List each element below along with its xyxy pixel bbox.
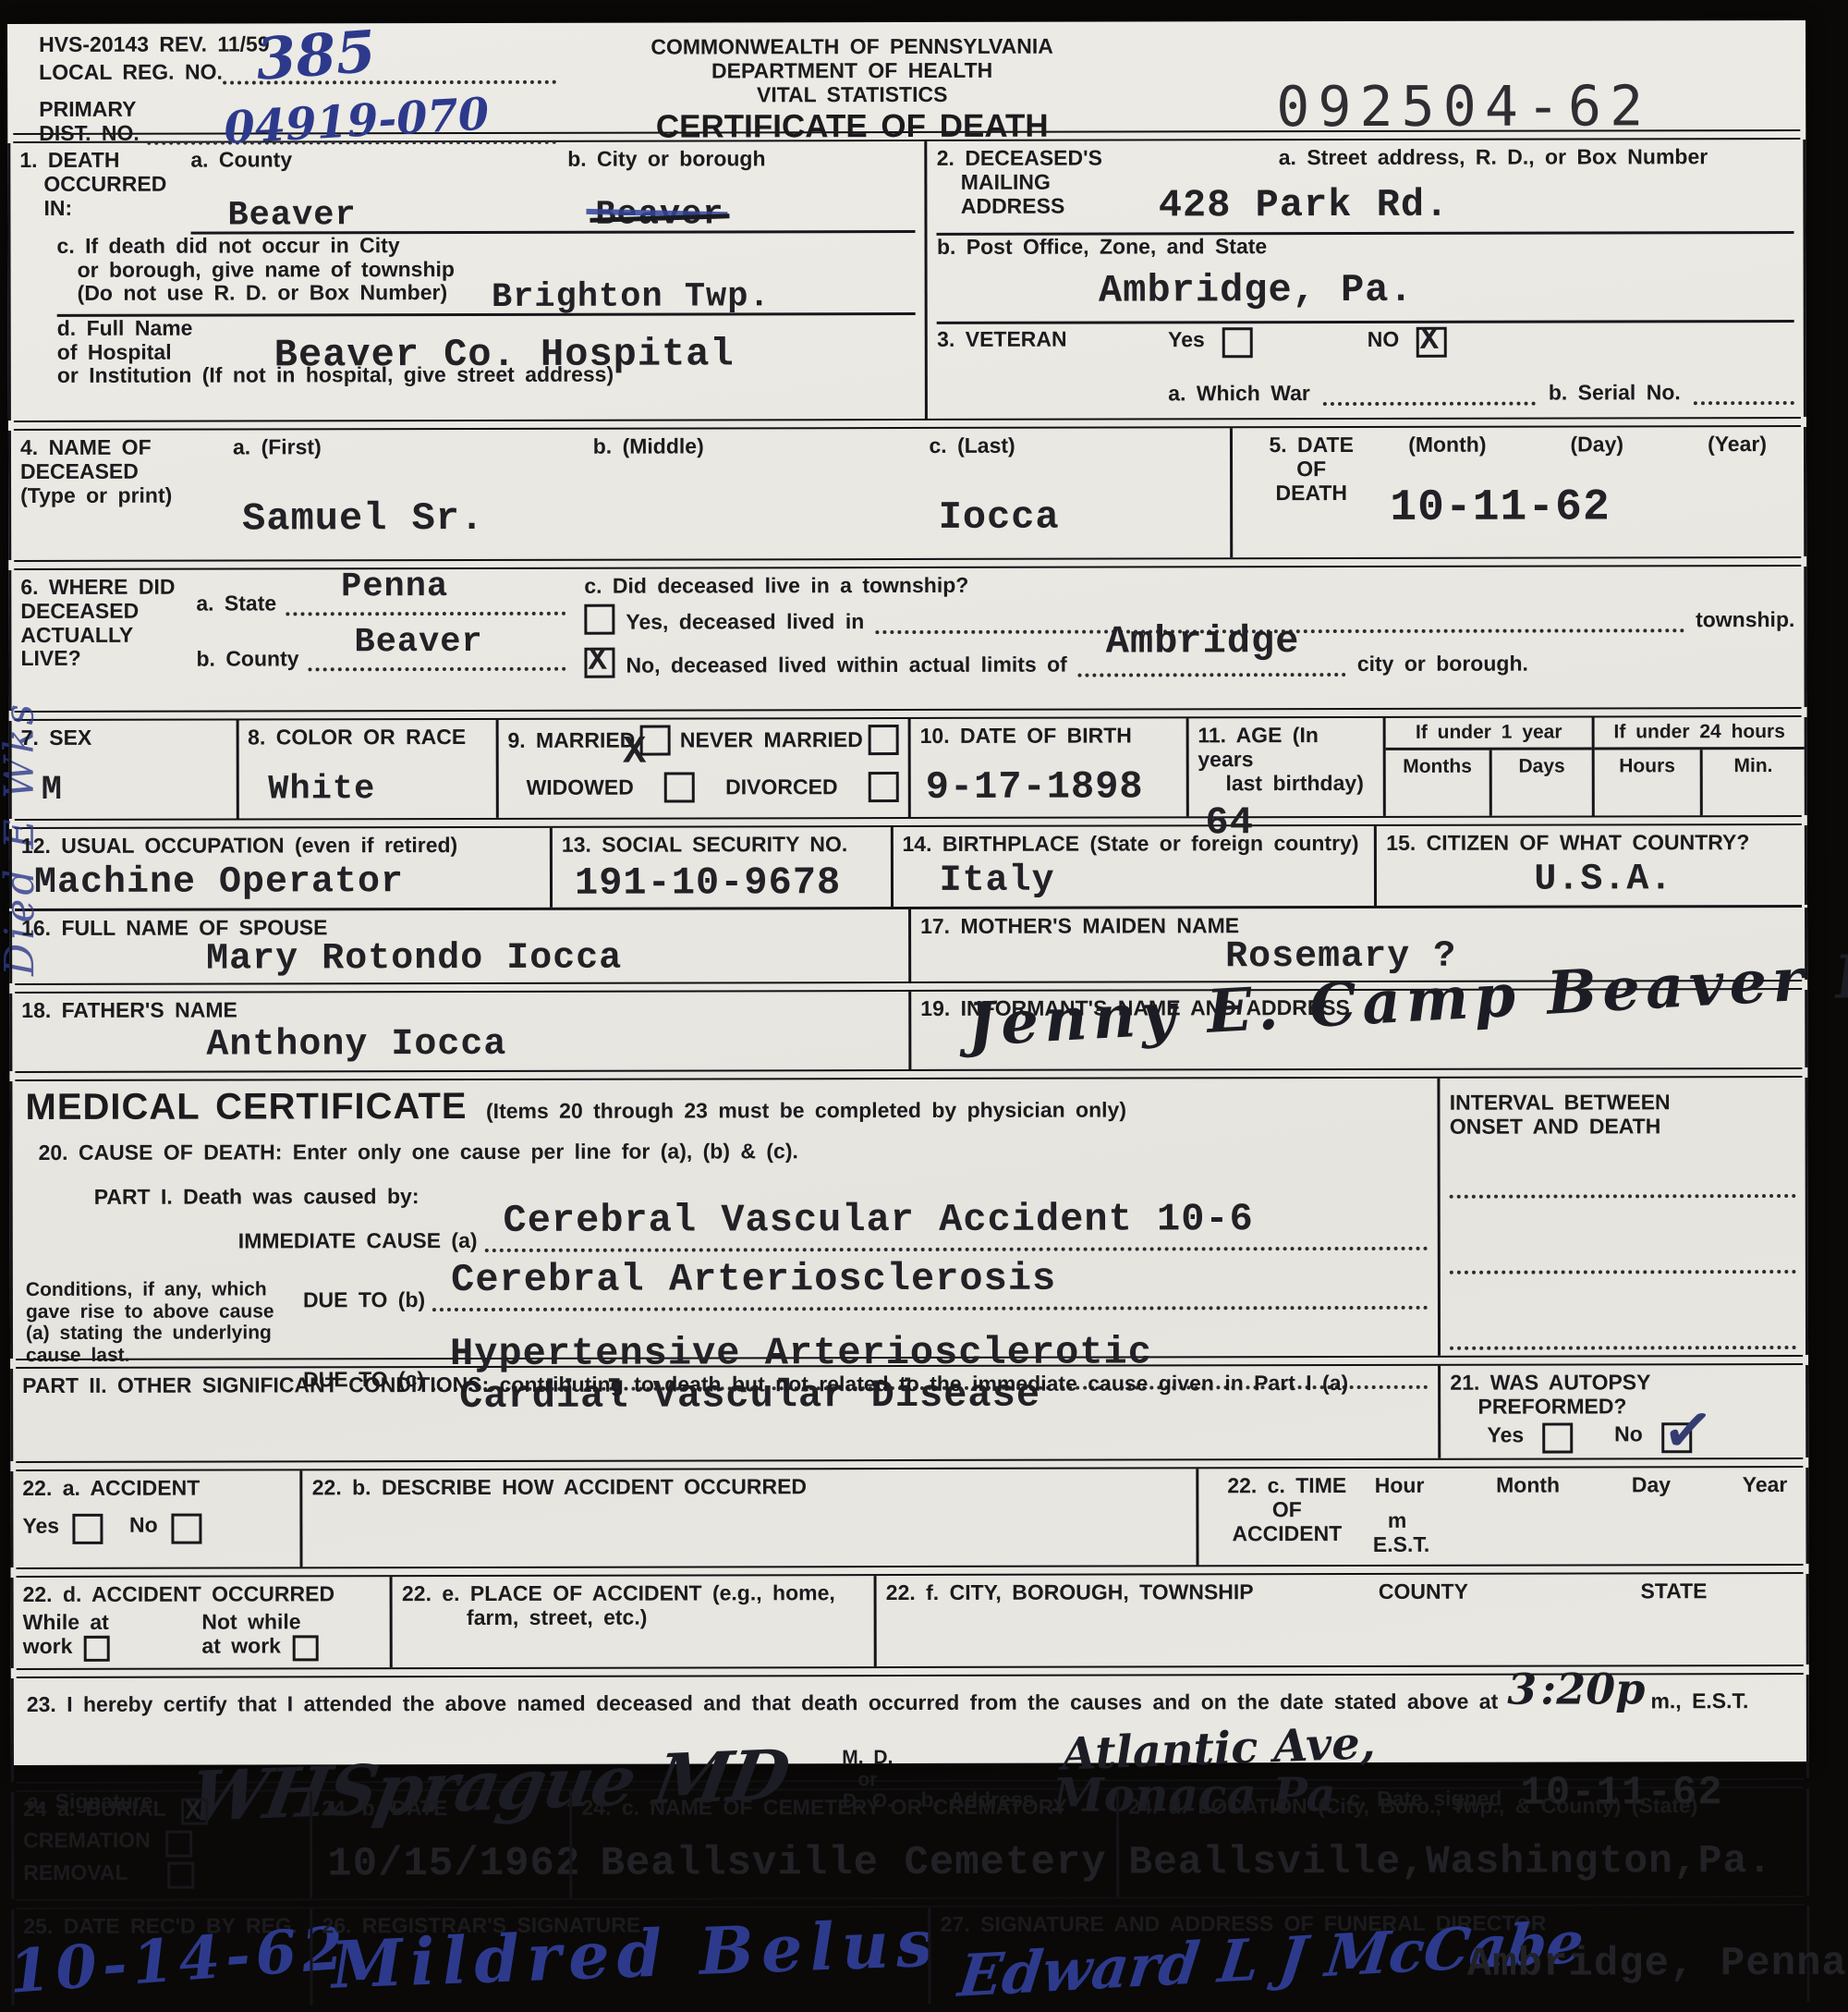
s1d-value[interactable]: Beaver Co. Hospital [274, 332, 735, 377]
s9-never-label: NEVER MARRIED [680, 728, 863, 752]
s18-label: 18. FATHER'S NAME [21, 997, 899, 1023]
s12-value[interactable]: Machine Operator [34, 861, 541, 904]
s13-value[interactable]: 191-10-9678 [575, 860, 881, 906]
s6b-label: b. County [196, 648, 298, 672]
s22c-label: 22. c. TIMEOFACCIDENT [1227, 1473, 1346, 1545]
accident-yes-checkbox[interactable] [73, 1514, 103, 1544]
s9-married-label: 9. MARRIED [507, 728, 635, 752]
pen-checkmark: ✓ [1659, 1391, 1717, 1468]
s11-months-label: Months [1386, 750, 1489, 816]
s5-value[interactable]: 10-11-62 [1390, 482, 1794, 533]
s22c-est: E.S.T. [1373, 1531, 1797, 1556]
s23-or: or [857, 1769, 877, 1790]
s22d-label: 22. d. ACCIDENT OCCURRED [23, 1582, 381, 1607]
s5-label: 5. DATEOFDEATH [1269, 433, 1354, 505]
s22f-label: 22. f. CITY, BOROUGH, TOWNSHIP [886, 1579, 1254, 1604]
s15-label: 15. CITIZEN OF WHAT COUNTRY? [1386, 831, 1795, 856]
s2a-label: a. Street address, R. D., or Box Number [1279, 145, 1794, 170]
immediate-cause-label: IMMEDIATE CAUSE (a) [238, 1229, 478, 1253]
death-certificate-scan: Died E Wks HVS-20143 REV. 11/59 LOCAL RE… [7, 20, 1809, 1765]
s1a-label: a. County [190, 148, 567, 173]
s1-label: 1. DEATH [19, 148, 119, 172]
part2-label: PART II. OTHER SIGNIFICANT CONDITIONS: c… [22, 1372, 1429, 1398]
s4-label: 4. NAME OFDECEASED(Type or print) [20, 435, 172, 507]
s4-first-label: a. (First) [233, 435, 593, 460]
s3-which-war-label: a. Which War [1168, 382, 1310, 406]
row-burial: 24 a. BURIAL X CREMATION REMOVAL 24. b. … [11, 1788, 1809, 1804]
s22a-label: 22. a. ACCIDENT [22, 1476, 290, 1500]
serial-no-line[interactable] [1694, 381, 1794, 405]
s11-days-label: Days [1489, 750, 1592, 816]
s18-value[interactable]: Anthony Iocca [206, 1023, 899, 1067]
which-war-line[interactable] [1323, 382, 1536, 406]
s21-label: 21. WAS AUTOPSYPREFORMED? [1450, 1371, 1796, 1419]
certificate-number: 092504-62 [1276, 74, 1651, 140]
s1-label3: IN: [43, 195, 72, 219]
s4-middle-label: b. (Middle) [593, 434, 930, 459]
row-where-lived: 6. WHERE DIDDECEASEDACTUALLYLIVE? a. Sta… [8, 567, 1806, 711]
row-sex-race-married: 7. SEX M 8. COLOR OR RACE White 9. MARRI… [9, 717, 1807, 819]
s20-label: 20. CAUSE OF DEATH: Enter only one cause… [39, 1139, 1429, 1165]
s24d-label: 24. d. LOCATION (City, Boro., Twp., & Co… [1128, 1794, 1797, 1804]
s22d-while: While at [23, 1610, 109, 1634]
s2b-value[interactable]: Ambridge, Pa. [1099, 267, 1794, 313]
certificate-title: CERTIFICATE OF DEATH [556, 108, 1148, 146]
s11-hours-label: Hours [1595, 750, 1700, 816]
s2b-label: b. Post Office, Zone, and State [937, 234, 1794, 260]
s22c-hour: Hour [1375, 1474, 1425, 1498]
city-borough-line[interactable]: Ambridge [1078, 652, 1346, 677]
row-accident-def: 22. d. ACCIDENT OCCURRED While at work N… [11, 1574, 1809, 1668]
immediate-cause-line[interactable]: Cerebral Vascular Accident 10-6 [484, 1219, 1429, 1252]
row-occupation-ssn: 12. USUAL OCCUPATION (even if retired) M… [9, 825, 1807, 908]
s3-yes-label: Yes [1168, 327, 1205, 351]
interval-line-b[interactable] [1450, 1250, 1796, 1274]
s6-no-text: No, deceased lived within actual limits … [626, 653, 1066, 678]
s22d-atwork: at work [201, 1633, 281, 1657]
due-to-b-line[interactable]: Cerebral Arteriosclerosis [432, 1278, 1429, 1311]
s7-value[interactable]: M [42, 770, 227, 809]
s1b-label: b. City or borough [567, 147, 765, 171]
s5-month-label: (Month) [1408, 433, 1486, 457]
s16-value[interactable]: Mary Rotondo Iocca [206, 937, 899, 981]
never-married-checkbox[interactable] [869, 725, 899, 755]
immediate-cause-value: Cerebral Vascular Accident 10-6 [503, 1198, 1253, 1244]
s1b-value-struck[interactable]: Beaver [595, 195, 723, 234]
s21-no-label: No [1614, 1422, 1643, 1446]
s24-burial-label: 24 a. BURIAL [23, 1797, 165, 1804]
s11-label: 11. AGE (In yearslast birthday) [1198, 724, 1374, 796]
s6a-label: a. State [196, 592, 276, 616]
s22f-state: STATE [1640, 1579, 1707, 1603]
s3-no-label: NO [1368, 327, 1400, 351]
s3-label: 3. VETERAN [937, 327, 1067, 351]
s10-label: 10. DATE OF BIRTH [920, 724, 1177, 748]
medical-certificate-upper: MEDICAL CERTIFICATE (Items 20 through 23… [9, 1078, 1808, 1359]
interval-line-a[interactable] [1450, 1175, 1796, 1198]
township-no-checkbox[interactable]: X [584, 647, 614, 677]
s22c-day: Day [1632, 1473, 1671, 1497]
s22d-not: Not while [201, 1609, 300, 1633]
s6a-value: Penna [341, 567, 448, 606]
s3-serial-label: b. Serial No. [1549, 381, 1681, 405]
commonwealth-line: COMMONWEALTH OF PENNSYLVANIA [556, 34, 1148, 59]
s22c-year: Year [1743, 1473, 1788, 1497]
s11-under24-label: If under 24 hours [1595, 717, 1805, 750]
s23-cert-text: 23. I hereby certify that I attended the… [27, 1690, 1498, 1717]
interval-label: INTERVAL BETWEENONSET AND DEATH [1450, 1091, 1796, 1139]
not-while-at-work-checkbox[interactable] [292, 1636, 318, 1662]
s21-yes-label: Yes [1487, 1422, 1524, 1446]
autopsy-yes-checkbox[interactable] [1543, 1422, 1574, 1453]
township-yes-checkbox[interactable] [584, 604, 614, 634]
s22b-label: 22. b. DESCRIBE HOW ACCIDENT OCCURRED [312, 1474, 1187, 1500]
s4-last-value[interactable]: Iocca [939, 494, 1060, 539]
s22a-yes: Yes [22, 1513, 59, 1537]
s1c-label: c. If death did not occur in Cityor boro… [57, 234, 456, 306]
medical-certificate-subtitle: (Items 20 through 23 must be completed b… [486, 1098, 1126, 1123]
s23-time-suffix: m., E.S.T. [1650, 1689, 1748, 1713]
s14-value[interactable]: Italy [940, 860, 1366, 902]
s12-label: 12. USUAL OCCUPATION (even if retired) [21, 834, 541, 859]
accident-no-checkbox[interactable] [171, 1513, 201, 1543]
row-part2-autopsy: PART II. OTHER SIGNIFICANT CONDITIONS: c… [10, 1365, 1808, 1461]
s7-label: 7. SEX [21, 726, 227, 750]
s24b-label: 24. b. DATE [322, 1797, 560, 1804]
s1-label2: OCCURRED [43, 171, 166, 195]
s22c-m: m [1388, 1508, 1797, 1533]
s22c-month: Month [1496, 1474, 1560, 1498]
primary-dist-label-2: DIST. NO. [39, 120, 140, 144]
row-father-informant: 18. FATHER'S NAME Anthony Iocca 19. INFO… [9, 990, 1807, 1071]
s22d-work: work [23, 1633, 73, 1657]
medical-certificate-title: MEDICAL CERTIFICATE [25, 1086, 467, 1128]
s6c-label: c. Did deceased live in a township? [584, 572, 1794, 598]
s24c-label: 24. c. NAME OF CEMETERY OR CREMATORY [581, 1796, 1107, 1804]
s4-last-label: c. (Last) [929, 434, 1059, 458]
s9-widowed-label: WIDOWED [527, 775, 634, 799]
s6b-value: Beaver [354, 623, 482, 662]
s22a-no: No [129, 1513, 158, 1537]
s8-value[interactable]: White [268, 770, 486, 809]
due-to-b-label: DUE TO (b) [303, 1288, 425, 1312]
widowed-checkbox[interactable] [664, 772, 695, 802]
interval-line-c[interactable] [1450, 1326, 1796, 1349]
married-x: X [623, 730, 647, 774]
autopsy-no-checkbox[interactable]: ✓ [1661, 1422, 1692, 1453]
divorced-checkbox[interactable] [869, 772, 899, 802]
row-death-occurred: 1. DEATH OCCURRED IN: a. County Beaver b… [7, 140, 1806, 421]
header: HVS-20143 REV. 11/59 LOCAL REG. NO. 385 … [7, 20, 1805, 133]
veteran-yes-checkbox[interactable] [1222, 327, 1252, 358]
s4-first-value[interactable]: Samuel Sr. [242, 495, 593, 541]
conditions-note: Conditions, if any, whichgave rise to ab… [26, 1279, 274, 1366]
s6-township-suffix: township. [1696, 608, 1794, 632]
while-at-work-checkbox[interactable] [84, 1636, 110, 1662]
due-to-b-value: Cerebral Arteriosclerosis [451, 1257, 1056, 1302]
s5-year-label: (Year) [1708, 433, 1767, 457]
department-line: DEPARTMENT OF HEALTH [556, 58, 1148, 83]
s6-yes-text: Yes, deceased lived in [626, 610, 864, 634]
burial-checkbox[interactable]: X [181, 1799, 208, 1804]
s23-md: M. D. [842, 1747, 893, 1768]
s6b-line[interactable]: Beaver [308, 630, 565, 672]
s2a-value[interactable]: 428 Park Rd. [1159, 182, 1794, 227]
married-checkbox[interactable]: X [640, 726, 671, 756]
s8-label: 8. COLOR OR RACE [248, 726, 486, 750]
s11-min-label: Min. [1699, 749, 1805, 815]
s10-value[interactable]: 9-17-1898 [926, 764, 1177, 810]
s11-under1-label: If under 1 year [1386, 717, 1592, 750]
s1a-value[interactable]: Beaver [227, 196, 567, 236]
s14-label: 14. BIRTHPLACE (State or foreign country… [902, 832, 1365, 857]
row-accident-abc: 22. a. ACCIDENT Yes No 22. b. DESCRIBE H… [10, 1468, 1808, 1567]
s5-day-label: (Day) [1570, 433, 1623, 457]
s6-label: 6. WHERE DIDDECEASEDACTUALLYLIVE? [20, 575, 175, 671]
s9-divorced-label: DIVORCED [725, 775, 837, 799]
s6a-line[interactable]: Penna [286, 575, 565, 616]
s2-label: 2. DECEASED'SMAILINGADDRESS [937, 146, 1102, 218]
s13-label: 13. SOCIAL SECURITY NO. [562, 833, 881, 857]
row-certification: 23. I hereby certify that I attended the… [11, 1675, 1809, 1782]
s15-value[interactable]: U.S.A. [1534, 859, 1795, 901]
local-reg-label: LOCAL REG. NO. [39, 61, 223, 85]
time-handwritten-2: :20p [1540, 1664, 1645, 1713]
s6-city-suffix: city or borough. [1357, 652, 1528, 677]
time-handwritten[interactable]: 3 [1507, 1664, 1537, 1714]
s22e-label: 22. e. PLACE OF ACCIDENT (e.g., home,far… [402, 1581, 865, 1630]
vital-statistics-line: VITAL STATISTICS [556, 82, 1148, 107]
row-name-of-deceased: 4. NAME OFDECEASED(Type or print) a. (Fi… [8, 427, 1806, 560]
primary-dist-label-1: PRIMARY [39, 96, 136, 120]
s1c-value[interactable]: Brighton Twp. [492, 277, 771, 317]
local-reg-value-handwritten: 385 [254, 18, 378, 93]
veteran-no-checkbox[interactable]: X [1416, 327, 1447, 358]
s6-no-value: Ambridge [1106, 619, 1300, 664]
s22f-county: COUNTY [1379, 1579, 1468, 1604]
